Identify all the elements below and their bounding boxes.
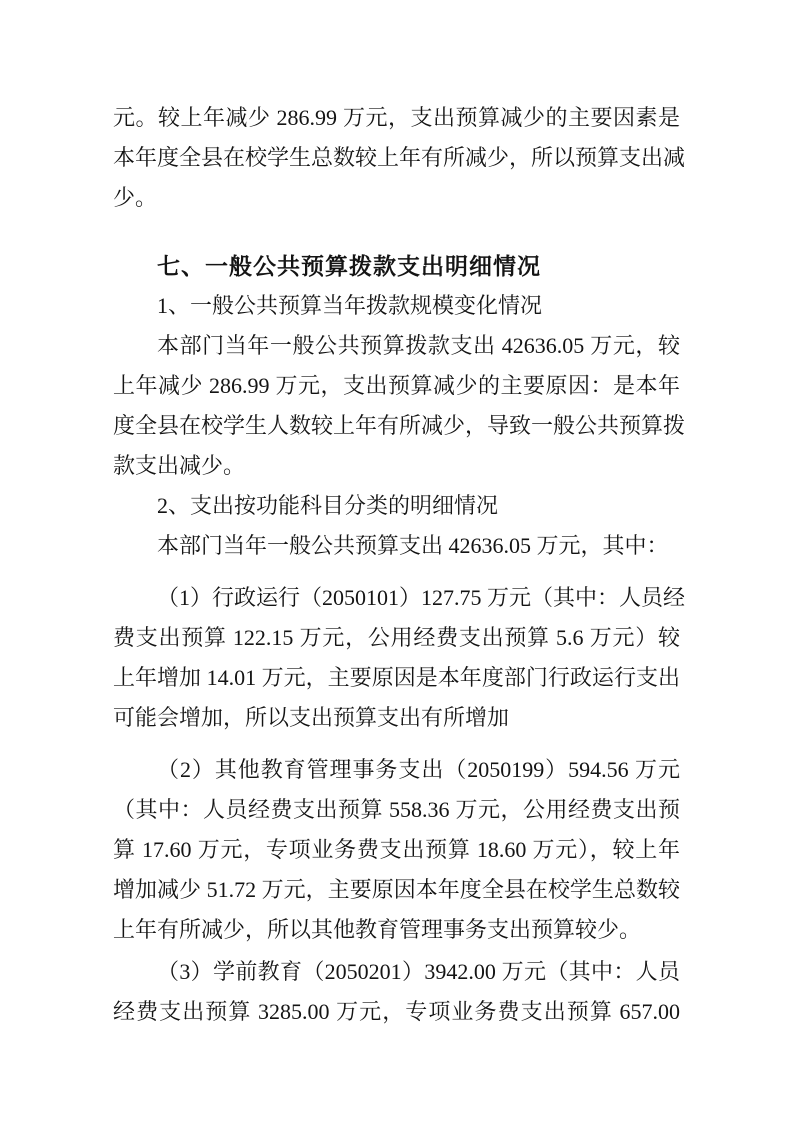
text-line: 度全县在校学生人数较上年有所减少，导致一般公共预算拨 [113, 406, 680, 446]
text-line: （2）其他教育管理事务支出（2050199）594.56 万元 [113, 750, 680, 790]
paragraph-item-3-preschool-education: （3）学前教育（2050201）3942.00 万元（其中：人员经费支出预算 3… [113, 952, 680, 1032]
text-line: 可能会增加，所以支出预算支出有所增加 [113, 698, 680, 738]
text-line: （其中：人员经费支出预算 558.36 万元，公用经费支出预 [113, 790, 680, 830]
paragraph-item-1-admin-operation: （1）行政运行（2050101）127.75 万元（其中：人员经费支出预算 12… [113, 578, 680, 738]
text-line: （1）行政运行（2050101）127.75 万元（其中：人员经 [113, 578, 680, 618]
text-line: 少。 [113, 178, 680, 218]
text-line: 上年增加 14.01 万元，主要原因是本年度部门行政运行支出 [113, 658, 680, 698]
text-line: 1、一般公共预算当年拨款规模变化情况 [113, 286, 680, 326]
text-line: 元。较上年减少 286.99 万元，支出预算减少的主要因素是 [113, 98, 680, 138]
text-line: 2、支出按功能科目分类的明细情况 [113, 486, 680, 526]
document-page: 元。较上年减少 286.99 万元，支出预算减少的主要因素是本年度全县在校学生总… [0, 0, 793, 1122]
text-line: 本部门当年一般公共预算拨款支出 42636.05 万元，较 [113, 326, 680, 366]
paragraph-continuation: 元。较上年减少 286.99 万元，支出预算减少的主要因素是本年度全县在校学生总… [113, 98, 680, 218]
subsection-1-title: 1、一般公共预算当年拨款规模变化情况 [113, 286, 680, 326]
paragraph-budget-change: 本部门当年一般公共预算拨款支出 42636.05 万元，较上年减少 286.99… [113, 326, 680, 486]
text-line: 本部门当年一般公共预算支出 42636.05 万元，其中： [113, 526, 680, 566]
text-line: 七、一般公共预算拨款支出明细情况 [113, 246, 680, 286]
text-line: 费支出预算 122.15 万元，公用经费支出预算 5.6 万元）较 [113, 618, 680, 658]
paragraph-item-2-other-education-management: （2）其他教育管理事务支出（2050199）594.56 万元（其中：人员经费支… [113, 750, 680, 950]
text-line: 上年有所减少，所以其他教育管理事务支出预算较少。 [113, 910, 680, 950]
text-line: 上年减少 286.99 万元，支出预算减少的主要原因：是本年 [113, 366, 680, 406]
section-heading: 七、一般公共预算拨款支出明细情况 [113, 246, 680, 286]
text-line: 款支出减少。 [113, 446, 680, 486]
text-line: 本年度全县在校学生总数较上年有所减少，所以预算支出减 [113, 138, 680, 178]
text-line: 算 17.60 万元，专项业务费支出预算 18.60 万元），较上年 [113, 830, 680, 870]
text-line: 经费支出预算 3285.00 万元，专项业务费支出预算 657.00 [113, 992, 680, 1032]
paragraph-total-expenditure: 本部门当年一般公共预算支出 42636.05 万元，其中： [113, 526, 680, 566]
text-line: （3）学前教育（2050201）3942.00 万元（其中：人员 [113, 952, 680, 992]
subsection-2-title: 2、支出按功能科目分类的明细情况 [113, 486, 680, 526]
text-line: 增加减少 51.72 万元，主要原因本年度全县在校学生总数较 [113, 870, 680, 910]
